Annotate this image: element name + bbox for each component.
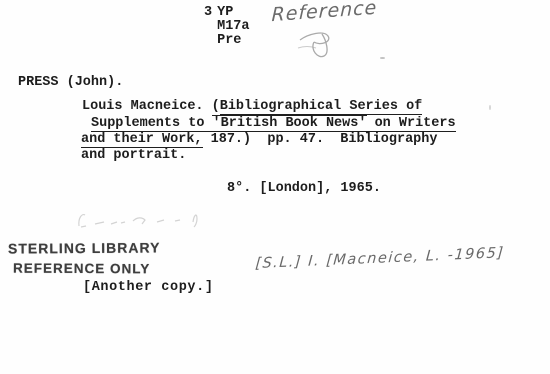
call-number-line: M17a: [217, 20, 249, 34]
entry-line-4: and portrait.: [81, 148, 186, 163]
call-number-line: YP: [217, 6, 249, 20]
author-heading: PRESS (John).: [18, 75, 123, 90]
entry-line3-series-end: and their Work,: [81, 132, 203, 148]
catalog-card: 3 YP M17a Pre Reference PRESS (John). Lo…: [0, 0, 550, 374]
entry-line2-journal-title: 'British Book News': [213, 116, 367, 132]
ink-speck: [380, 57, 385, 59]
entry-line-3: and their Work, 187.) pp. 47. Bibliograp…: [81, 132, 437, 147]
entry-line1-plain: Louis Macneice. (: [82, 99, 220, 114]
handwritten-reference-note: Reference: [271, 0, 377, 26]
entry-line-2: Supplements to 'British Book News' on Wr…: [91, 116, 456, 131]
entry-line3-collation: 187.) pp. 47. Bibliography: [203, 132, 438, 147]
call-number: 3 YP M17a Pre: [204, 6, 250, 48]
entry-line-1: Louis Macneice. (Bibliographical Series …: [82, 99, 422, 114]
ink-speck: [489, 105, 491, 110]
faint-pencil-scribble: [75, 206, 215, 234]
library-stamp: STERLING LIBRARY: [8, 239, 160, 256]
copy-note: [Another copy.]: [83, 280, 214, 295]
call-number-size: 3: [204, 6, 212, 48]
imprint: 8°. [London], 1965.: [227, 181, 381, 196]
pencil-scribble: [294, 26, 352, 62]
handwritten-accession-note: [S.L.] I. [Macneice, L. -1965]: [255, 245, 505, 272]
reference-only-stamp: REFERENCE ONLY: [13, 261, 150, 277]
entry-line2-pre: Supplements to: [91, 116, 213, 132]
entry-line2-post: on Writers: [366, 116, 455, 132]
call-number-line: Pre: [217, 34, 249, 48]
entry-line1-series-title: Bibliographical Series of: [220, 99, 423, 115]
